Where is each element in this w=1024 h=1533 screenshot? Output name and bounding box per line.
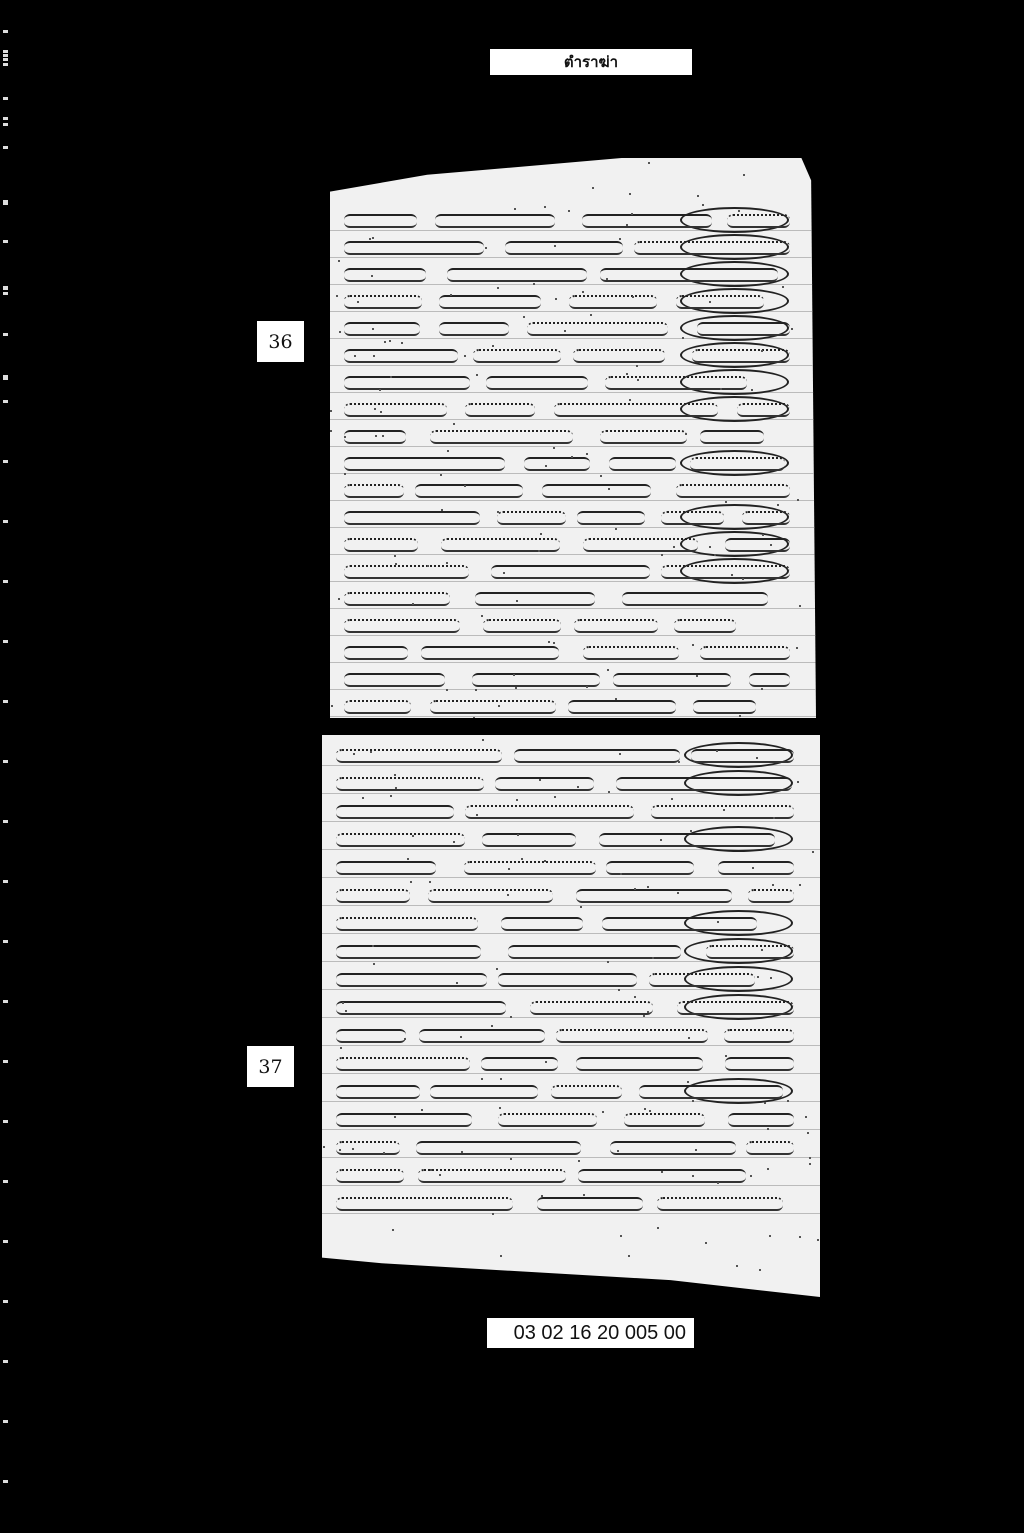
paper-speck: [446, 562, 448, 564]
reference-number-label: 03 02 16 20 005 00: [487, 1318, 694, 1348]
script-stroke: [501, 917, 583, 931]
paper-speck: [446, 689, 448, 691]
paper-speck: [330, 410, 332, 412]
script-stroke: [344, 646, 408, 660]
paper-speck: [390, 376, 392, 378]
script-stroke: [700, 646, 790, 660]
paper-speck: [767, 1128, 769, 1130]
paper-speck: [607, 961, 609, 963]
script-stroke: [674, 619, 736, 633]
handwritten-line: [344, 638, 802, 664]
paper-speck: [628, 1255, 630, 1257]
paper-speck: [370, 751, 372, 753]
paper-speck: [777, 504, 779, 506]
paper-speck: [692, 644, 694, 646]
paper-speck: [761, 688, 763, 690]
paper-speck: [498, 705, 500, 707]
script-stroke: [582, 214, 712, 228]
script-stroke: [336, 1113, 472, 1127]
page-number-label: 36: [257, 321, 304, 362]
paper-speck: [685, 433, 687, 435]
handwritten-line: [344, 341, 802, 367]
paper-speck: [629, 193, 631, 195]
script-stroke: [491, 565, 650, 579]
script-stroke: [430, 430, 573, 444]
paper-speck: [538, 550, 540, 552]
paper-speck: [631, 213, 633, 215]
paper-speck: [731, 574, 733, 576]
script-stroke: [554, 403, 718, 417]
paper-speck: [373, 355, 375, 357]
paper-speck: [539, 779, 541, 781]
paper-speck: [476, 814, 478, 816]
paper-speck: [761, 350, 763, 352]
paper-speck: [344, 473, 346, 475]
handwritten-line: [336, 1105, 806, 1131]
script-stroke: [569, 295, 657, 309]
script-stroke: [421, 646, 559, 660]
paper-speck: [441, 509, 443, 511]
paper-speck: [660, 839, 662, 841]
handwritten-line: [344, 287, 802, 313]
paper-speck: [738, 210, 740, 212]
script-stroke: [613, 673, 731, 687]
script-stroke: [498, 1113, 597, 1127]
script-stroke: [677, 1001, 794, 1015]
script-stroke: [610, 1141, 736, 1155]
paper-speck: [514, 208, 516, 210]
paper-speck: [352, 1148, 354, 1150]
script-stroke: [336, 917, 478, 931]
handwritten-line: [336, 881, 806, 907]
paper-speck: [554, 796, 556, 798]
script-stroke: [527, 322, 668, 336]
script-stroke: [344, 322, 420, 336]
paper-speck: [618, 989, 620, 991]
paper-speck: [647, 886, 649, 888]
script-stroke: [430, 1085, 538, 1099]
script-stroke: [481, 1057, 558, 1071]
paper-speck: [389, 340, 391, 342]
paper-speck: [453, 423, 455, 425]
script-stroke: [661, 511, 724, 525]
paper-speck: [590, 314, 592, 316]
paper-speck: [799, 605, 801, 607]
paper-speck: [617, 1150, 619, 1152]
paper-speck: [407, 858, 409, 860]
paper-speck: [499, 1107, 501, 1109]
paper-speck: [382, 435, 384, 437]
paper-speck: [687, 1081, 689, 1083]
script-stroke: [649, 973, 755, 987]
script-stroke: [418, 1169, 566, 1183]
script-stroke: [336, 777, 484, 791]
paper-speck: [338, 598, 340, 600]
script-stroke: [742, 511, 790, 525]
script-stroke: [748, 889, 794, 903]
paper-speck: [421, 1109, 423, 1111]
script-stroke: [344, 484, 404, 498]
script-stroke: [447, 268, 587, 282]
paper-speck: [371, 275, 373, 277]
paper-speck: [500, 1078, 502, 1080]
paper-speck: [757, 976, 759, 978]
paper-speck: [332, 1268, 334, 1270]
paper-speck: [615, 698, 617, 700]
script-stroke: [344, 349, 458, 363]
script-stroke: [609, 457, 676, 471]
paper-speck: [577, 786, 579, 788]
script-stroke: [718, 861, 794, 875]
paper-speck: [481, 1078, 483, 1080]
paper-speck: [809, 1163, 811, 1165]
paper-speck: [626, 224, 628, 226]
document-title-label: ตำราฆ่า: [490, 49, 692, 75]
script-stroke: [583, 646, 679, 660]
paper-speck: [807, 1132, 809, 1134]
script-stroke: [473, 349, 561, 363]
paper-speck: [696, 675, 698, 677]
paper-speck: [510, 1016, 512, 1018]
paper-speck: [440, 474, 442, 476]
paper-speck: [752, 867, 754, 869]
handwritten-line: [344, 557, 802, 583]
paper-speck: [427, 565, 429, 567]
script-stroke: [524, 457, 590, 471]
paper-speck: [541, 1195, 543, 1197]
script-stroke: [749, 673, 790, 687]
handwritten-line: [336, 853, 806, 879]
paper-speck: [344, 436, 346, 438]
paper-speck: [353, 1275, 355, 1277]
script-stroke: [505, 241, 623, 255]
paper-speck: [797, 781, 799, 783]
script-stroke: [634, 241, 790, 255]
paper-speck: [447, 450, 449, 452]
script-stroke: [573, 349, 665, 363]
paper-speck: [709, 301, 711, 303]
script-stroke: [727, 214, 790, 228]
paper-speck: [695, 1149, 697, 1151]
script-stroke: [551, 1085, 622, 1099]
paper-speck: [720, 388, 722, 390]
script-stroke: [542, 484, 651, 498]
handwritten-line: [344, 530, 802, 556]
script-stroke: [568, 700, 676, 714]
script-stroke: [706, 945, 794, 959]
paper-speck: [743, 174, 745, 176]
paper-speck: [736, 1265, 738, 1267]
paper-speck: [473, 717, 475, 718]
handwritten-line: [336, 797, 806, 823]
script-stroke: [657, 1197, 783, 1211]
script-stroke: [344, 214, 417, 228]
paper-speck: [709, 546, 711, 548]
paper-speck: [787, 1100, 789, 1102]
script-stroke: [344, 457, 505, 471]
paper-speck: [544, 206, 546, 208]
paper-speck: [464, 485, 466, 487]
script-stroke: [483, 619, 561, 633]
paper-speck: [412, 835, 414, 837]
script-stroke: [344, 700, 411, 714]
paper-speck: [540, 533, 542, 535]
paper-speck: [516, 600, 518, 602]
script-stroke: [439, 322, 509, 336]
paper-speck: [606, 278, 608, 280]
handwritten-line: [336, 1049, 806, 1075]
script-stroke: [428, 889, 553, 903]
paper-speck: [602, 1111, 604, 1113]
paper-speck: [544, 860, 546, 862]
paper-speck: [626, 373, 628, 375]
handwritten-line: [344, 395, 802, 421]
paper-speck: [342, 1002, 344, 1004]
paper-speck: [784, 1294, 786, 1296]
script-stroke: [746, 1141, 794, 1155]
handwritten-line: [336, 909, 806, 935]
handwritten-line: [344, 611, 802, 637]
paper-speck: [809, 1157, 811, 1159]
paper-speck: [372, 237, 374, 239]
handwritten-line: [336, 993, 806, 1019]
paper-speck: [782, 286, 784, 288]
paper-speck: [571, 456, 573, 458]
script-stroke: [697, 322, 790, 336]
paper-speck: [750, 1175, 752, 1177]
script-stroke: [690, 457, 785, 471]
paper-speck: [507, 894, 509, 896]
script-stroke: [344, 376, 470, 390]
script-stroke: [530, 1001, 653, 1015]
paper-speck: [615, 528, 617, 530]
paper-speck: [717, 921, 719, 923]
paper-speck: [619, 753, 621, 755]
paper-speck: [648, 162, 650, 164]
paper-speck: [620, 873, 622, 875]
paper-speck: [497, 287, 499, 289]
paper-speck: [372, 328, 374, 330]
script-stroke: [724, 1029, 794, 1043]
script-stroke: [725, 1057, 794, 1071]
paper-speck: [323, 1280, 325, 1282]
paper-speck: [460, 1036, 462, 1038]
script-stroke: [725, 538, 790, 552]
script-stroke: [336, 749, 502, 763]
paper-speck: [705, 1242, 707, 1244]
paper-speck: [554, 245, 556, 247]
paper-speck: [677, 892, 679, 894]
paper-speck: [410, 881, 412, 883]
paper-speck: [515, 687, 517, 689]
script-stroke: [475, 592, 595, 606]
script-stroke: [599, 833, 775, 847]
script-stroke: [497, 511, 566, 525]
script-stroke: [495, 777, 594, 791]
paper-speck: [476, 374, 478, 376]
script-stroke: [344, 268, 426, 282]
handwritten-line: [344, 584, 802, 610]
paper-speck: [619, 238, 621, 240]
paper-speck: [380, 411, 382, 413]
paper-speck: [354, 355, 356, 357]
paper-speck: [401, 342, 403, 344]
paper-speck: [632, 296, 634, 298]
paper-speck: [336, 171, 338, 173]
script-stroke: [537, 1197, 643, 1211]
paper-speck: [725, 501, 727, 503]
paper-speck: [634, 888, 636, 890]
handwritten-line: [344, 314, 802, 340]
paper-speck: [357, 301, 359, 303]
handwritten-line: [336, 1021, 806, 1047]
paper-speck: [716, 750, 718, 752]
handwritten-line: [336, 825, 806, 851]
paper-speck: [353, 753, 355, 755]
handwritten-line: [344, 206, 802, 232]
paper-speck: [568, 210, 570, 212]
script-stroke: [676, 484, 790, 498]
script-stroke: [693, 700, 756, 714]
script-stroke: [336, 1001, 506, 1015]
paper-speck: [323, 1146, 325, 1148]
paper-speck: [764, 1102, 766, 1104]
paper-speck: [692, 1100, 694, 1102]
paper-speck: [394, 555, 396, 557]
paper-speck: [657, 1227, 659, 1229]
paper-speck: [373, 963, 375, 965]
paper-speck: [817, 1239, 819, 1241]
paper-speck: [404, 1038, 406, 1040]
paper-speck: [482, 739, 484, 741]
paper-speck: [799, 884, 801, 886]
handwritten-line: [344, 260, 802, 286]
paper-speck: [330, 430, 332, 432]
paper-speck: [383, 1152, 385, 1154]
paper-speck: [390, 795, 392, 797]
paper-speck: [762, 534, 764, 536]
paper-speck: [430, 1169, 432, 1171]
paper-speck: [717, 1182, 719, 1184]
script-stroke: [691, 749, 794, 763]
paper-speck: [545, 465, 547, 467]
manuscript-page: [330, 158, 816, 718]
script-stroke: [336, 1057, 470, 1071]
paper-speck: [339, 331, 341, 333]
script-stroke: [336, 1085, 420, 1099]
paper-speck: [375, 435, 377, 437]
paper-speck: [761, 949, 763, 951]
paper-speck: [586, 453, 588, 455]
paper-speck: [671, 798, 673, 800]
paper-speck: [510, 1158, 512, 1160]
paper-speck: [392, 1229, 394, 1231]
paper-speck: [441, 1294, 443, 1296]
paper-speck: [582, 291, 584, 293]
script-stroke: [336, 1029, 406, 1043]
handwritten-line: [336, 1161, 806, 1187]
paper-speck: [339, 1149, 341, 1151]
script-stroke: [508, 945, 681, 959]
page-number-label: 37: [247, 1046, 294, 1087]
paper-speck: [692, 1175, 694, 1177]
manuscript-page: [322, 735, 820, 1297]
paper-speck: [661, 1171, 663, 1173]
paper-speck: [797, 499, 799, 501]
paper-speck: [429, 881, 431, 883]
script-stroke: [344, 673, 445, 687]
handwritten-line: [336, 769, 806, 795]
script-stroke: [728, 1113, 794, 1127]
handwritten-line: [344, 665, 802, 691]
script-stroke: [574, 619, 658, 633]
script-stroke: [464, 861, 596, 875]
paper-speck: [772, 884, 774, 886]
script-stroke: [336, 805, 454, 819]
handwritten-line: [336, 741, 806, 767]
script-stroke: [439, 295, 541, 309]
paper-speck: [652, 957, 654, 959]
paper-speck: [439, 1174, 441, 1176]
paper-speck: [411, 159, 413, 161]
paper-speck: [545, 1061, 547, 1063]
handwritten-line: [336, 965, 806, 991]
paper-speck: [702, 204, 704, 206]
script-stroke: [336, 945, 481, 959]
script-stroke: [676, 295, 764, 309]
script-stroke: [415, 484, 523, 498]
paper-speck: [725, 1055, 727, 1057]
handwritten-line: [336, 937, 806, 963]
script-stroke: [600, 430, 687, 444]
paper-speck: [592, 187, 594, 189]
paper-speck: [395, 563, 397, 565]
paper-speck: [553, 642, 555, 644]
paper-speck: [369, 238, 371, 240]
paper-speck: [553, 447, 555, 449]
paper-speck: [481, 615, 483, 617]
script-stroke: [441, 538, 560, 552]
paper-speck: [647, 1011, 649, 1013]
paper-speck: [548, 641, 550, 643]
paper-speck: [620, 1235, 622, 1237]
paper-speck: [643, 1015, 645, 1017]
paper-speck: [395, 787, 397, 789]
paper-speck: [791, 328, 793, 330]
paper-speck: [742, 578, 744, 580]
script-stroke: [600, 268, 778, 282]
paper-speck: [533, 283, 535, 285]
script-stroke: [336, 1169, 404, 1183]
handwritten-line: [344, 476, 802, 502]
paper-speck: [496, 968, 498, 970]
paper-speck: [769, 1235, 771, 1237]
paper-speck: [770, 977, 772, 979]
paper-speck: [412, 603, 414, 605]
paper-speck: [608, 791, 610, 793]
paper-speck: [812, 851, 814, 853]
script-stroke: [692, 349, 790, 363]
paper-speck: [492, 345, 494, 347]
paper-speck: [723, 809, 725, 811]
paper-speck: [513, 674, 515, 676]
paper-speck: [362, 797, 364, 799]
handwritten-line: [336, 1189, 806, 1215]
script-stroke: [344, 430, 406, 444]
paper-speck: [739, 715, 741, 717]
film-edge-marks: [0, 0, 14, 1533]
paper-speck: [608, 488, 610, 490]
